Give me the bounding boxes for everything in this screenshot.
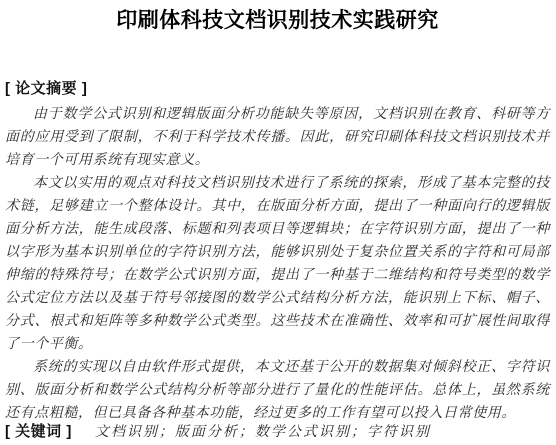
abstract-body: 由于数学公式识别和逻辑版面分析功能缺失等原因，文档识别在教育、科研等方面的应用受… [5, 103, 550, 425]
abstract-label: [ 论文摘要 ] [5, 80, 550, 98]
abstract-paragraph: 本文以实用的观点对科技文档识别技术进行了系统的探索，形成了基本完整的技术链，足够… [5, 172, 550, 356]
keywords-row: [ 关键词 ] 文档识别；版面分析；数学公式识别；字符识别 [5, 420, 550, 441]
keywords-text: 文档识别；版面分析；数学公式识别；字符识别 [95, 421, 431, 441]
paper-title: 印刷体科技文档识别技术实践研究 [5, 8, 550, 34]
keywords-label: [ 关键词 ] [5, 420, 72, 441]
abstract-paragraph: 由于数学公式识别和逻辑版面分析功能缺失等原因，文档识别在教育、科研等方面的应用受… [5, 103, 550, 172]
paper-abstract-page: 印刷体科技文档识别技术实践研究 [ 论文摘要 ] 由于数学公式识别和逻辑版面分析… [0, 0, 556, 445]
abstract-paragraph: 系统的实现以自由软件形式提供，本文还基于公开的数据集对倾斜校正、字符识别、版面分… [5, 356, 550, 425]
